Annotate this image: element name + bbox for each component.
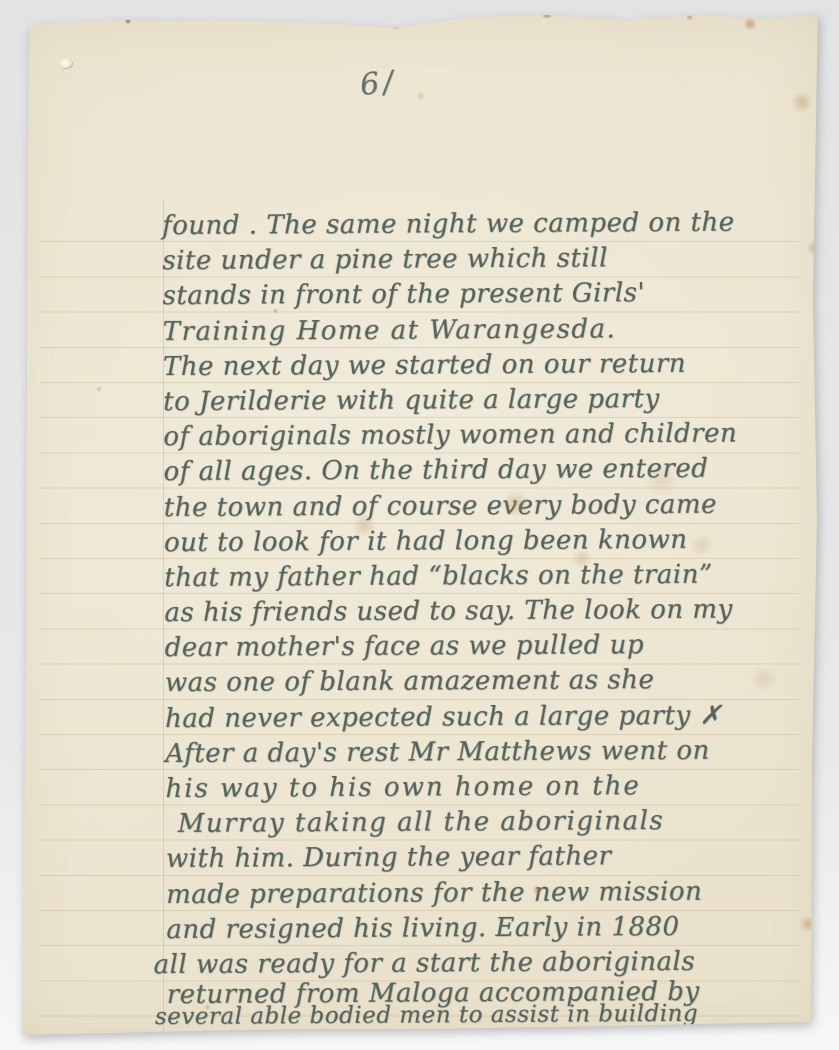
paper-sheet: 6/ found . The same night we camped on t…: [0, 0, 839, 1050]
foxing-spot: [96, 386, 102, 392]
manuscript-line: several able bodied men to assist in bui…: [155, 997, 741, 1036]
manuscript-line: found . The same night we camped on the: [162, 205, 736, 244]
manuscript-line: After a day's rest Mr Matthews went on: [165, 733, 739, 772]
manuscript-line: and resigned his living. Early in 1880: [166, 909, 740, 948]
manuscript-line: his way to his own home on the: [165, 768, 739, 807]
manuscript-line: that my father had “blacks on the train”: [164, 557, 738, 596]
manuscript-line: had never expected such a large party ✗: [165, 698, 739, 737]
foxing-spot: [416, 92, 425, 100]
paper-nick: [58, 58, 72, 68]
manuscript-line: site under a pine tree which still: [162, 241, 736, 280]
manuscript-line: Murray taking all the aboriginals: [178, 804, 740, 843]
manuscript-line: was one of blank amazement as she: [165, 663, 739, 702]
scan-background: 6/ found . The same night we camped on t…: [0, 0, 839, 1050]
manuscript-line: of aboriginals mostly women and children: [163, 417, 737, 456]
manuscript-line: The next day we started on our return: [163, 346, 737, 385]
manuscript-line: stands in front of the present Girls': [162, 276, 736, 315]
edge-speck: [390, 22, 402, 29]
edge-speck: [540, 12, 554, 18]
manuscript-line: to Jerilderie with quite a large party: [163, 381, 737, 420]
manuscript-line: dear mother's face as we pulled up: [165, 628, 739, 667]
manuscript-line: out to look for it had long been known: [164, 522, 738, 561]
foxing-spot: [806, 240, 824, 256]
foxing-spot: [790, 92, 814, 112]
handwriting-text: found . The same night we camped on thes…: [162, 205, 741, 1035]
foxing-spot: [798, 916, 818, 932]
manuscript-line: Training Home at Warangesda.: [163, 311, 737, 350]
edge-speck: [685, 14, 694, 20]
manuscript-line: of all ages. On the third day we entered: [164, 452, 738, 491]
manuscript-line: the town and of course every body came: [164, 487, 738, 526]
manuscript-line: with him. During the year father: [166, 839, 740, 878]
edge-speck: [124, 18, 132, 24]
manuscript-line: made preparations for the new mission: [166, 874, 740, 913]
manuscript-line: as his friends used to say. The look on …: [164, 593, 738, 632]
page-number: 6/: [358, 64, 399, 103]
manuscript-page: 6/ found . The same night we camped on t…: [0, 0, 839, 1050]
foxing-spot: [742, 18, 758, 30]
foxing-spot: [748, 668, 780, 690]
